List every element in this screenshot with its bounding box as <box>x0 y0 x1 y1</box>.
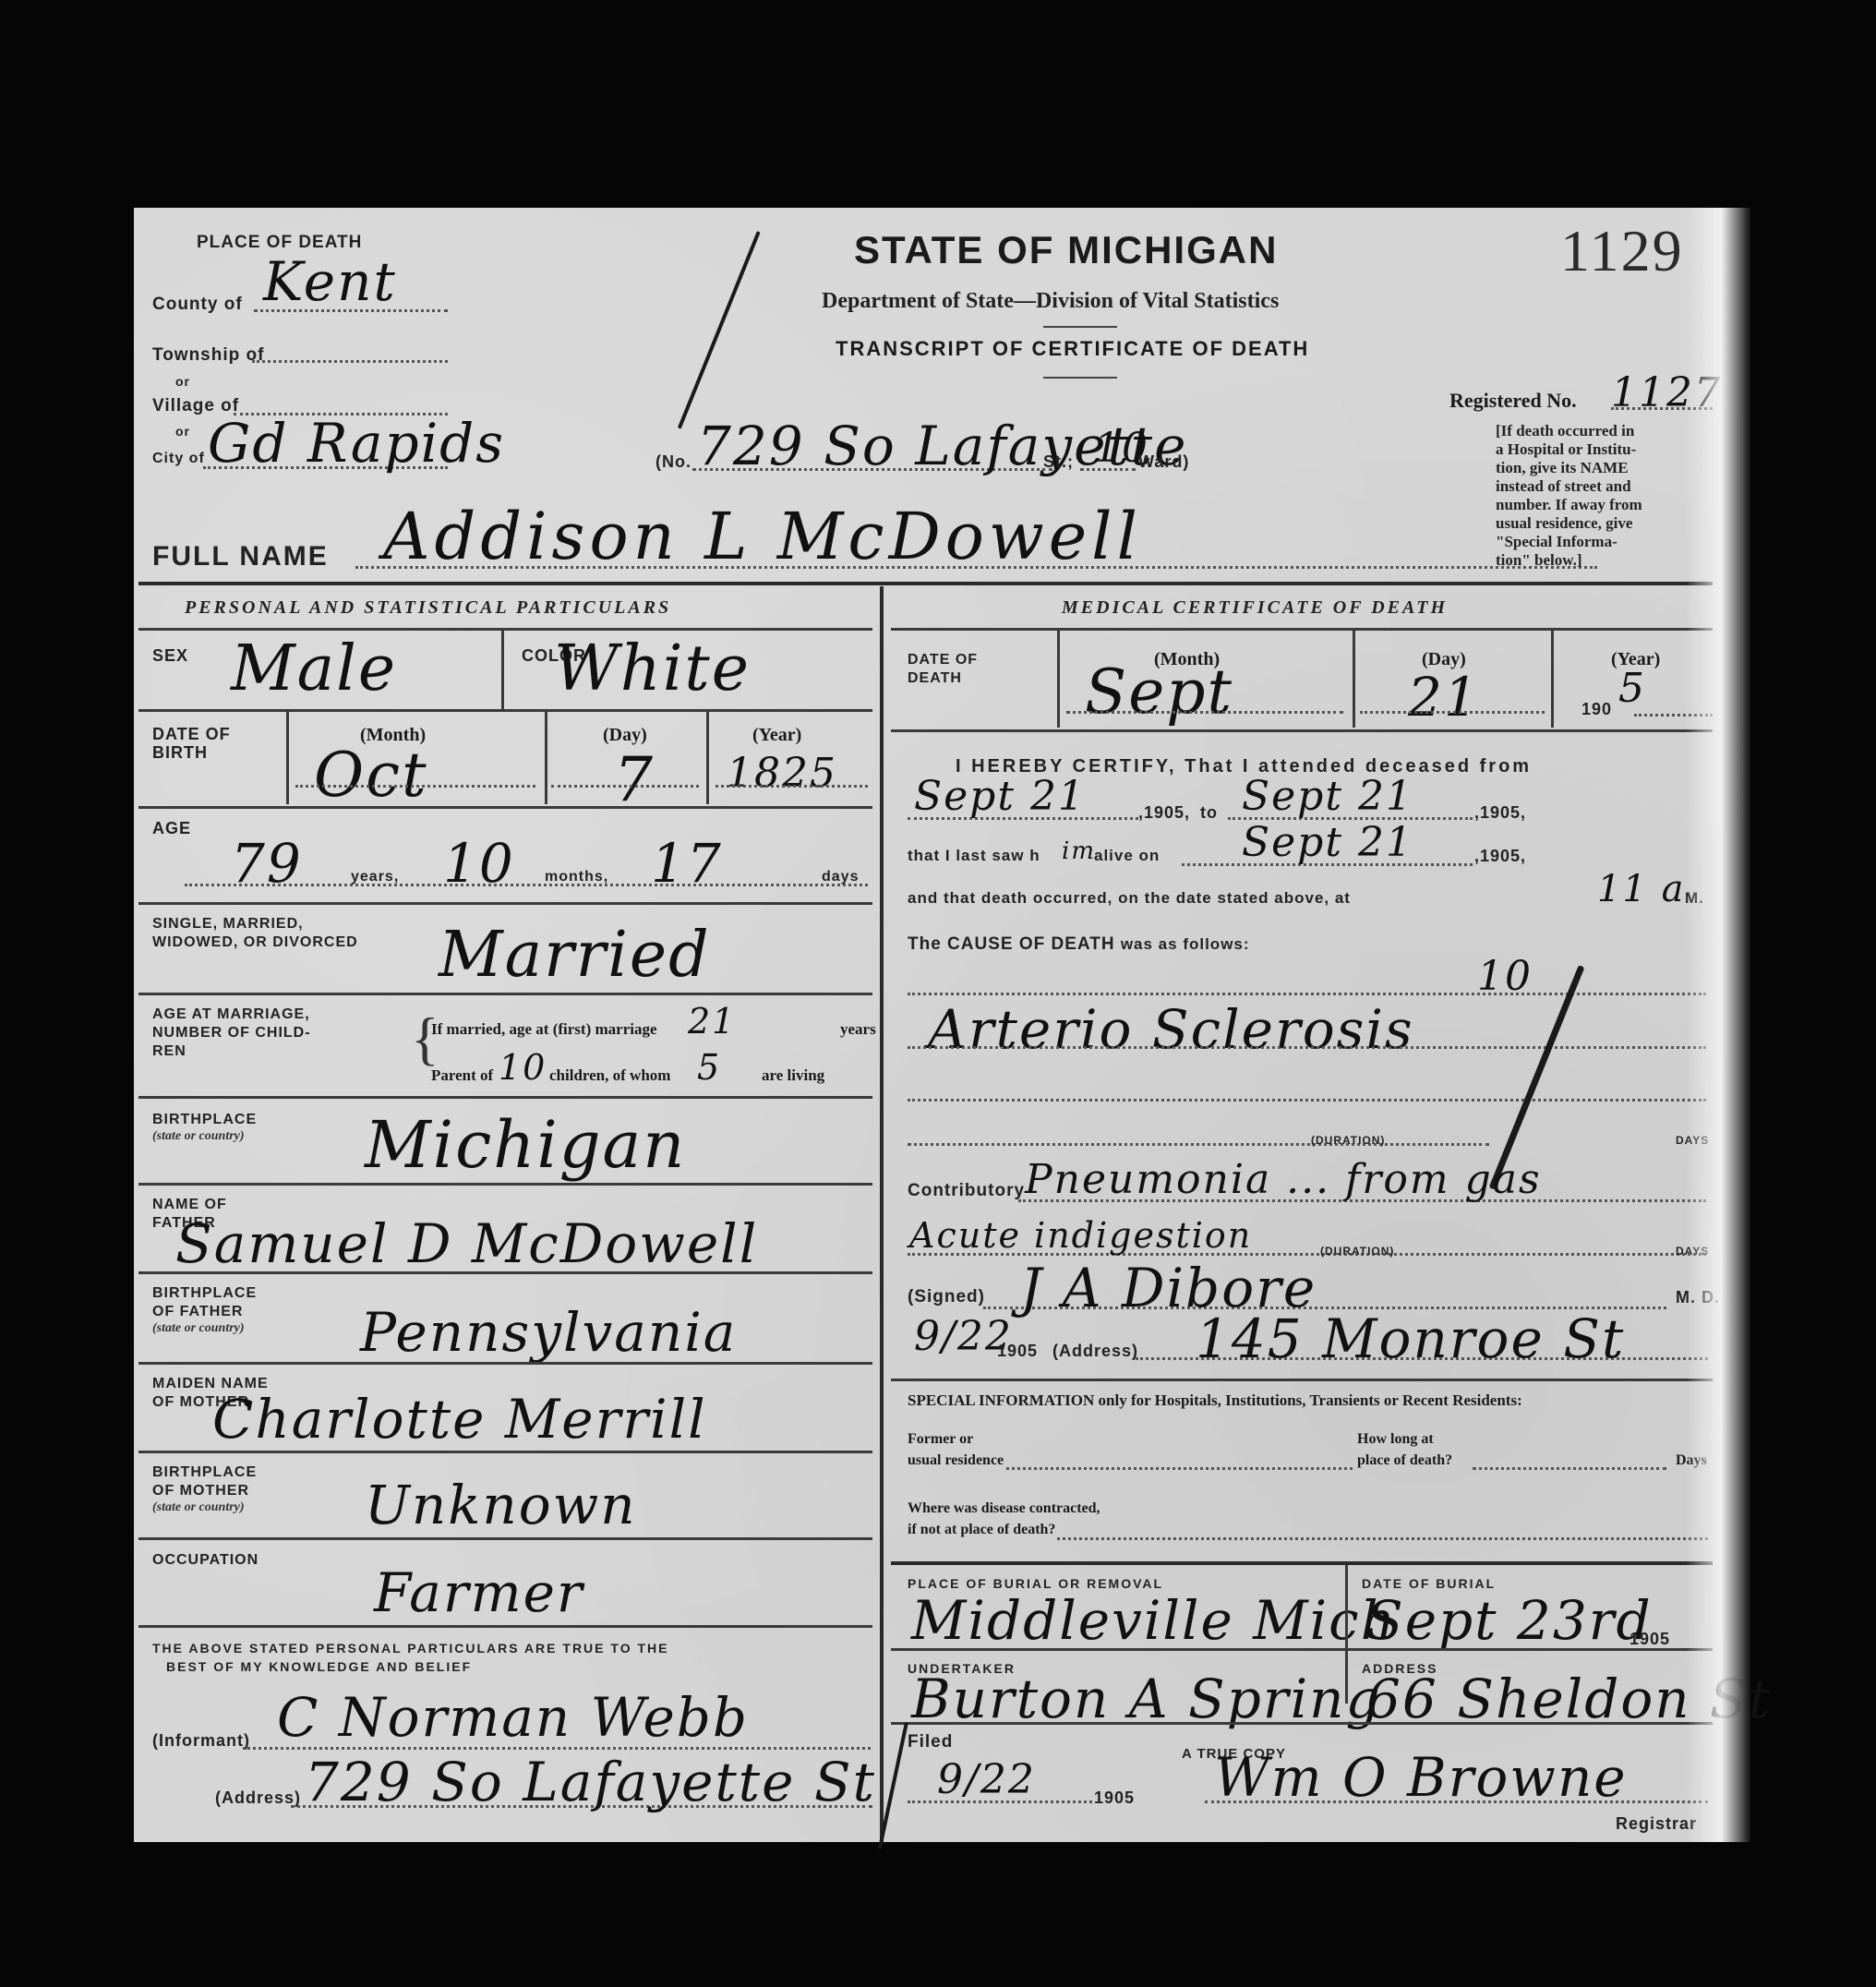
township-label: Township of <box>152 346 264 365</box>
father-birthplace-value: Pennsylvania <box>360 1305 737 1360</box>
children-of-whom-label: children, of whom <box>549 1066 670 1085</box>
mother-birthplace-value: Unknown <box>365 1477 637 1533</box>
divider <box>545 712 547 804</box>
medical-section-title: MEDICAL CERTIFICATE OF DEATH <box>1062 597 1448 619</box>
first-marriage-suffix: years <box>840 1020 876 1039</box>
contributory-label: Contributory <box>908 1182 1025 1200</box>
former-residence-label-2: usual residence <box>908 1452 1004 1469</box>
dod-year-line <box>1634 714 1713 717</box>
father-bp-label-1: BIRTHPLACE <box>152 1284 257 1303</box>
cause-line-2 <box>908 1046 1706 1049</box>
brace: { <box>411 1002 439 1076</box>
ward-label: Ward) <box>1138 452 1189 471</box>
attended-from-value: Sept 21 <box>914 776 1086 818</box>
contributory-value-1: Pneumonia ... from gas <box>1025 1159 1542 1201</box>
dob-year-line <box>716 785 868 788</box>
to-label: to <box>1200 803 1218 822</box>
marriage-label-1: AGE AT MARRIAGE, <box>152 1006 310 1024</box>
county-value: Kent <box>263 254 397 309</box>
birthplace-sub-label: (state or country) <box>152 1129 245 1144</box>
dob-day-value: 7 <box>614 753 655 808</box>
rule <box>891 628 1713 631</box>
divider <box>1057 631 1060 728</box>
duration-label-1: (DURATION) <box>1311 1131 1385 1150</box>
rule <box>138 806 872 809</box>
cause-line-4 <box>908 1143 1489 1146</box>
former-residence-line <box>1006 1467 1353 1470</box>
dod-label-1: DATE OF <box>908 651 978 669</box>
first-marriage-label: If married, age at (first) marriage <box>431 1020 657 1039</box>
street-suffix-label: St.; <box>1043 452 1074 471</box>
rule <box>891 729 1713 732</box>
cause-line-1 <box>908 993 1706 995</box>
dob-label-1: DATE OF <box>152 725 231 743</box>
duration-label-2: (DURATION) <box>1320 1242 1394 1260</box>
where-contracted-label-2: if not at place of death? <box>908 1522 1055 1538</box>
rule <box>138 1362 872 1365</box>
burial-date-value: Sept 23rd <box>1366 1593 1653 1648</box>
dob-year-header: (Year) <box>752 725 801 746</box>
mother-bp-sub-label: (state or country) <box>152 1500 245 1515</box>
marriage-label-3: REN <box>152 1042 186 1061</box>
full-name-value: Addison L McDowell <box>383 503 1142 570</box>
registration-note: [If death occurred in a Hospital or Inst… <box>1496 422 1713 570</box>
dob-day-header: (Day) <box>603 725 647 746</box>
divider-short-1 <box>1043 326 1117 328</box>
rule <box>138 993 872 995</box>
father-name-value: Samuel D McDowell <box>175 1216 758 1271</box>
how-long-days-label: Days <box>1676 1452 1707 1469</box>
days-label-2: DAYS <box>1676 1242 1709 1260</box>
children-living-suffix: are living <box>762 1066 824 1085</box>
age-years-label: years, <box>351 868 399 886</box>
city-label: City of <box>152 450 205 468</box>
full-name-label: FULL NAME <box>152 542 329 572</box>
occurred-time: 11 a <box>1597 868 1685 910</box>
death-certificate-card: PLACE OF DEATH County of Kent Township o… <box>134 208 1745 1842</box>
rule <box>891 1561 1713 1565</box>
or-label-1: or <box>175 372 190 391</box>
last-saw-pronoun: im <box>1062 838 1096 864</box>
marriage-label-2: NUMBER OF CHILD- <box>152 1024 311 1042</box>
attest-line-1: THE ABOVE STATED PERSONAL PARTICULARS AR… <box>152 1639 668 1657</box>
divider <box>1353 631 1355 728</box>
cause-line-3 <box>908 1099 1706 1102</box>
mother-bp-label-2: OF MOTHER <box>152 1482 249 1500</box>
mother-name-value: Charlotte Merrill <box>212 1391 707 1447</box>
father-bp-sub-label: (state or country) <box>152 1321 245 1336</box>
rule <box>891 1379 1713 1381</box>
document-title: TRANSCRIPT OF CERTIFICATE OF DEATH <box>836 337 1309 361</box>
informant-label: (Informant) <box>152 1731 250 1750</box>
sex-value: Male <box>231 642 397 697</box>
occurred-suffix: M. <box>1685 889 1704 908</box>
occurred-label: and that death occurred, on the date sta… <box>908 889 1351 908</box>
place-of-death-label: PLACE OF DEATH <box>197 234 362 252</box>
undertaker-address-value: 66 Sheldon St <box>1366 1671 1772 1727</box>
first-marriage-value: 21 <box>688 1000 736 1042</box>
birthplace-label: BIRTHPLACE <box>152 1111 257 1129</box>
informant-value: C Norman Webb <box>277 1690 749 1745</box>
rule <box>891 1722 1713 1725</box>
age-months-label: months, <box>545 868 608 886</box>
md-label: M. D. <box>1676 1288 1720 1307</box>
divider-short-2 <box>1043 377 1117 379</box>
age-days-label: days <box>822 868 859 886</box>
rule <box>138 1271 872 1274</box>
attended-to-value: Sept 21 <box>1242 776 1413 818</box>
dod-year-suffix: 5 <box>1618 668 1646 710</box>
dob-label-2: BIRTH <box>152 743 208 762</box>
filed-value: 9/22 <box>937 1759 1036 1801</box>
undertaker-value: Burton A Spring <box>911 1671 1382 1727</box>
divider <box>1551 631 1554 728</box>
rule <box>891 1648 1713 1651</box>
dod-month-line <box>1066 711 1343 714</box>
informant-address-value: 729 So Lafayette St <box>305 1754 876 1810</box>
last-saw-label-1: that I last saw h <box>908 847 1040 865</box>
center-divider <box>880 586 884 1842</box>
mother-bp-label-1: BIRTHPLACE <box>152 1463 257 1482</box>
last-saw-year: ,1905, <box>1474 847 1526 865</box>
how-long-line <box>1473 1467 1666 1470</box>
rule <box>138 1537 872 1540</box>
attended-from-year: ,1905, <box>1138 803 1190 822</box>
dod-year-prefix: 190 <box>1581 700 1612 718</box>
dod-day-line <box>1360 711 1545 714</box>
where-contracted-line <box>1057 1537 1708 1540</box>
divider <box>706 712 709 804</box>
street-number-label: (No. <box>655 452 691 471</box>
or-label-2: or <box>175 422 190 440</box>
father-label-1: NAME OF <box>152 1196 227 1214</box>
children-living: 5 <box>697 1046 721 1089</box>
registrar-signature: Wm O Browne <box>1214 1750 1628 1805</box>
dob-day-line <box>551 785 699 788</box>
age-days-value: 17 <box>651 836 723 891</box>
signed-label: (Signed) <box>908 1288 985 1307</box>
occupation-value: Farmer <box>374 1565 584 1620</box>
last-saw-label-2: alive on <box>1094 847 1160 865</box>
registrar-label: Registrar <box>1616 1814 1697 1833</box>
state-title: STATE OF MICHIGAN <box>854 228 1278 272</box>
department-subtitle: Department of State—Division of Vital St… <box>822 289 1279 314</box>
contributory-value-2: Acute indigestion <box>909 1214 1252 1257</box>
informant-address-label: (Address) <box>215 1788 301 1807</box>
attended-to-year: ,1905, <box>1474 803 1526 822</box>
marital-value: Married <box>439 928 711 983</box>
sex-label: SEX <box>152 646 188 665</box>
rule <box>138 902 872 905</box>
marital-label-1: SINGLE, MARRIED, <box>152 915 304 933</box>
rule <box>138 1183 872 1186</box>
cause-value: Arterio Sclerosis <box>928 1002 1414 1057</box>
divider <box>501 631 504 709</box>
age-months-value: 10 <box>443 836 515 891</box>
county-label: County of <box>152 295 243 314</box>
registered-label: Registered No. <box>1449 389 1577 413</box>
age-years-value: 79 <box>231 836 303 891</box>
color-value: White <box>554 642 751 697</box>
registered-value: 1127 <box>1611 372 1722 415</box>
rule <box>138 1625 872 1628</box>
personal-section-title: PERSONAL AND STATISTICAL PARTICULARS <box>185 597 671 619</box>
rule <box>138 709 872 712</box>
physician-address-value: 145 Monroe St <box>1196 1311 1625 1367</box>
divider <box>286 712 289 804</box>
burial-place-value: Middleville Mich <box>911 1593 1397 1648</box>
header-rule <box>138 582 1713 585</box>
dob-month-value: Oct <box>314 748 428 803</box>
cause-mark: 10 <box>1477 956 1533 998</box>
burial-date-year: 1905 <box>1629 1630 1670 1648</box>
how-long-label-2: place of death? <box>1357 1452 1452 1469</box>
children-count: 10 <box>499 1046 547 1089</box>
dob-month-line <box>295 785 535 788</box>
former-residence-label-1: Former or <box>908 1431 973 1448</box>
dob-year-value: 1825 <box>727 753 837 795</box>
days-label-1: DAYS <box>1676 1131 1709 1150</box>
rule <box>138 628 872 631</box>
age-label: AGE <box>152 819 191 837</box>
dod-label-2: DEATH <box>908 669 962 688</box>
dod-day-value: 21 <box>1408 669 1480 725</box>
filed-label: Filed <box>908 1733 953 1752</box>
signed-year: 1905 <box>997 1342 1038 1360</box>
township-line <box>252 360 448 363</box>
pen-stroke-header <box>678 231 761 429</box>
last-saw-value: Sept 21 <box>1242 822 1413 864</box>
father-bp-label-2: OF FATHER <box>152 1303 243 1321</box>
birthplace-value: Michigan <box>365 1117 686 1173</box>
physician-address-label: (Address) <box>1052 1342 1138 1360</box>
special-info-title: SPECIAL INFORMATION only for Hospitals, … <box>908 1391 1522 1410</box>
where-contracted-label-1: Where was disease contracted, <box>908 1500 1100 1517</box>
rule <box>138 1451 872 1453</box>
attest-line-2: BEST OF MY KNOWLEDGE AND BELIEF <box>166 1657 472 1676</box>
marital-label-2: WIDOWED, OR DIVORCED <box>152 933 358 952</box>
filed-year: 1905 <box>1094 1788 1135 1807</box>
stamp-number: 1129 <box>1560 217 1684 285</box>
city-value: Gd Rapids <box>208 415 505 471</box>
cause-label: The CAUSE OF DEATH was as follows: <box>908 935 1250 954</box>
parent-of-label: Parent of <box>431 1066 493 1085</box>
how-long-label-1: How long at <box>1357 1431 1434 1448</box>
occupation-label: OCCUPATION <box>152 1551 259 1570</box>
rule <box>138 1096 872 1099</box>
